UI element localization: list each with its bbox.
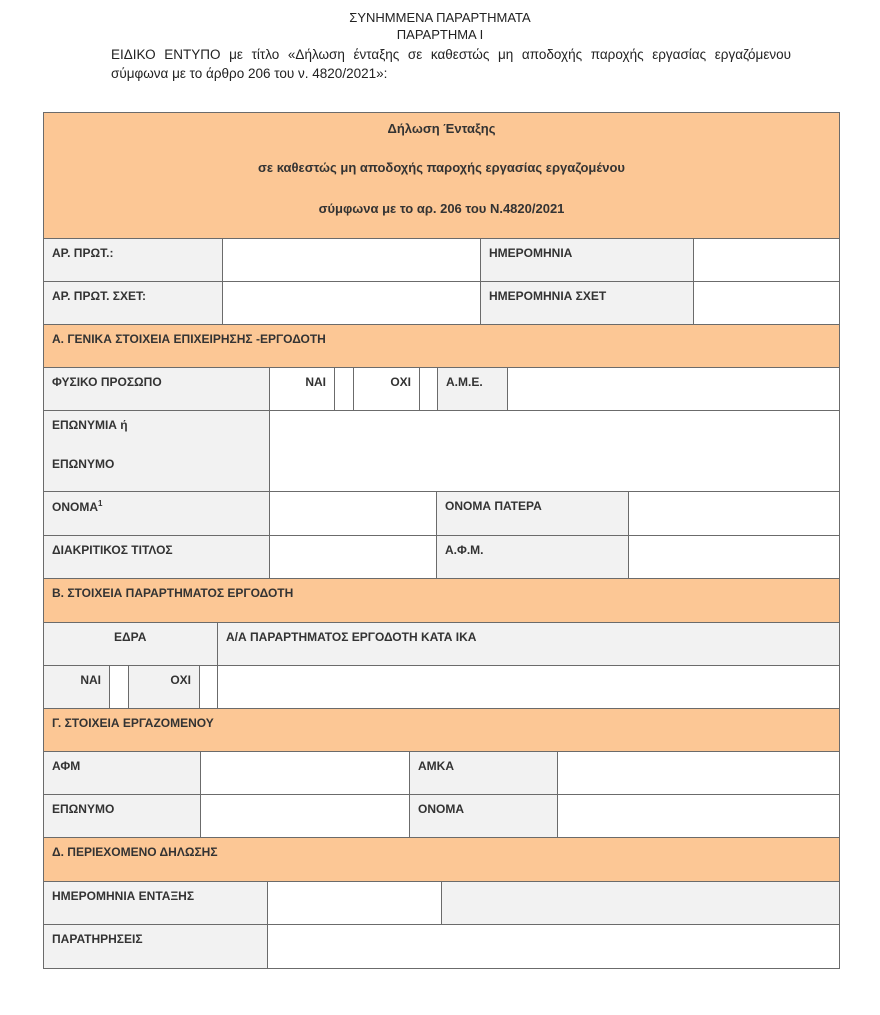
form-title-line-3: σύμφωνα με το αρ. 206 του Ν.4820/2021 <box>44 201 839 216</box>
branch-no-label-cell: Α/Α ΠΑΡΑΡΤΗΜΑΤΟΣ ΕΡΓΟΔΟΤΗ ΚΑΤΑ ΙΚΑ <box>217 622 840 666</box>
seat-label: ΕΔΡΑ <box>114 630 146 644</box>
join-date-empty-cell <box>441 881 840 925</box>
footnote-marker: 1 <box>98 499 102 508</box>
father-name-field[interactable] <box>628 491 840 536</box>
natural-person-no-checkbox[interactable] <box>419 367 438 411</box>
remarks-label: ΠΑΡΑΤΗΡΗΣΕΙΣ <box>52 932 143 946</box>
natural-person-label: ΦΥΣΙΚΟ ΠΡΟΣΩΠΟ <box>52 375 162 389</box>
section-c-title: Γ. ΣΤΟΙΧΕΙΑ ΕΡΓΑΖΟΜΕΝΟΥ <box>52 716 214 730</box>
company-name-label-cell: ΕΠΩΝΥΜΙΑ ή ΕΠΩΝΥΜΟ <box>43 410 270 492</box>
employee-name-label: ΟΝΟΜΑ <box>418 802 464 816</box>
trade-name-label-cell: ΔΙΑΚΡΙΤΙΚΟΣ ΤΙΤΛΟΣ <box>43 535 270 579</box>
header-title: ΣΥΝΗΜΜΕΝΑ ΠΑΡΑΡΤΗΜΑΤΑ <box>0 10 880 25</box>
branch-no-label: Α/Α ΠΑΡΑΡΤΗΜΑΤΟΣ ΕΡΓΟΔΟΤΗ ΚΑΤΑ ΙΚΑ <box>226 630 476 644</box>
afm-label-cell: Α.Φ.Μ. <box>436 535 629 579</box>
seat-no-cell: ΟΧΙ <box>128 665 200 709</box>
date-sxet-field[interactable] <box>693 281 840 325</box>
first-name-label: ΟΝΟΜΑ1 <box>52 499 102 514</box>
natural-person-yes-checkbox[interactable] <box>334 367 354 411</box>
employee-surname-label-cell: ΕΠΩΝΥΜΟ <box>43 794 201 838</box>
ame-label-cell: Α.Μ.Ε. <box>437 367 508 411</box>
ame-label: Α.Μ.Ε. <box>446 375 483 389</box>
section-d-title: Δ. ΠΕΡΙΕΧΟΜΕΝΟ ΔΗΛΩΣΗΣ <box>52 845 218 859</box>
employee-surname-field[interactable] <box>200 794 410 838</box>
amka-label: ΑΜΚΑ <box>418 759 454 773</box>
first-name-label-cell: ΟΝΟΜΑ1 <box>43 491 270 536</box>
father-name-label: ΟΝΟΜΑ ΠΑΤΕΡΑ <box>445 499 542 513</box>
seat-no-checkbox[interactable] <box>199 665 218 709</box>
company-name-label-line1: ΕΠΩΝΥΜΙΑ ή <box>52 418 128 432</box>
section-c-header: Γ. ΣΤΟΙΧΕΙΑ ΕΡΓΑΖΟΜΕΝΟΥ <box>43 708 840 752</box>
branch-no-field[interactable] <box>217 665 840 709</box>
join-date-label: ΗΜΕΡΟΜΗΝΙΑ ΕΝΤΑΞΗΣ <box>52 889 194 903</box>
employee-afm-field[interactable] <box>200 751 410 795</box>
join-date-label-cell: ΗΜΕΡΟΜΗΝΙΑ ΕΝΤΑΞΗΣ <box>43 881 268 925</box>
section-b-title: Β. ΣΤΟΙΧΕΙΑ ΠΑΡΑΡΤΗΜΑΤΟΣ ΕΡΓΟΔΟΤΗ <box>52 586 293 600</box>
employee-surname-label: ΕΠΩΝΥΜΟ <box>52 802 114 816</box>
form-title-line-2: σε καθεστώς μη αποδοχής παροχής εργασίας… <box>44 160 839 175</box>
natural-person-yes-cell: ΝΑΙ <box>269 367 335 411</box>
remarks-field[interactable] <box>267 924 840 969</box>
natural-person-no-label: ΟΧΙ <box>390 375 411 389</box>
date-field[interactable] <box>693 238 840 282</box>
seat-yes-checkbox[interactable] <box>109 665 129 709</box>
seat-yes-cell: ΝΑΙ <box>43 665 110 709</box>
section-b-header: Β. ΣΤΟΙΧΕΙΑ ΠΑΡΑΡΤΗΜΑΤΟΣ ΕΡΓΟΔΟΤΗ <box>43 578 840 623</box>
date-sxet-label: ΗΜΕΡΟΜΗΝΙΑ ΣΧΕΤ <box>489 289 606 303</box>
company-name-field[interactable] <box>269 410 840 492</box>
join-date-field[interactable] <box>267 881 442 925</box>
intro-text: ΕΙΔΙΚΟ ΕΝΤΥΠΟ με τίτλο «Δήλωση ένταξης σ… <box>111 45 791 83</box>
natural-person-yes-label: ΝΑΙ <box>305 375 326 389</box>
father-name-label-cell: ΟΝΟΜΑ ΠΑΤΕΡΑ <box>436 491 629 536</box>
seat-no-label: ΟΧΙ <box>170 673 191 687</box>
date-label: ΗΜΕΡΟΜΗΝΙΑ <box>489 246 572 260</box>
section-a-title: Α. ΓΕΝΙΚΑ ΣΤΟΙΧΕΙΑ ΕΠΙΧΕΙΡΗΣΗΣ -ΕΡΓΟΔΟΤΗ <box>52 332 326 346</box>
afm-field[interactable] <box>628 535 840 579</box>
employee-name-label-cell: ΟΝΟΜΑ <box>409 794 558 838</box>
first-name-field[interactable] <box>269 491 437 536</box>
ar-prot-sxet-field[interactable] <box>222 281 481 325</box>
ar-prot-label-cell: ΑΡ. ΠΡΩΤ.: <box>43 238 223 282</box>
ar-prot-label: ΑΡ. ΠΡΩΤ.: <box>52 246 113 260</box>
seat-label-cell: ΕΔΡΑ <box>43 622 218 666</box>
employee-afm-label: ΑΦΜ <box>52 759 80 773</box>
natural-person-no-cell: ΟΧΙ <box>353 367 420 411</box>
natural-person-label-cell: ΦΥΣΙΚΟ ΠΡΟΣΩΠΟ <box>43 367 270 411</box>
ar-prot-field[interactable] <box>222 238 481 282</box>
section-a-header: Α. ΓΕΝΙΚΑ ΣΤΟΙΧΕΙΑ ΕΠΙΧΕΙΡΗΣΗΣ -ΕΡΓΟΔΟΤΗ <box>43 324 840 368</box>
date-label-cell: ΗΜΕΡΟΜΗΝΙΑ <box>480 238 694 282</box>
ar-prot-sxet-label: ΑΡ. ΠΡΩΤ. ΣΧΕΤ: <box>52 289 146 303</box>
form-title-block: Δήλωση Ένταξης σε καθεστώς μη αποδοχής π… <box>43 112 840 239</box>
form-title-line-1: Δήλωση Ένταξης <box>44 121 839 136</box>
employee-name-field[interactable] <box>557 794 840 838</box>
employee-afm-label-cell: ΑΦΜ <box>43 751 201 795</box>
ame-field[interactable] <box>507 367 840 411</box>
section-d-header: Δ. ΠΕΡΙΕΧΟΜΕΝΟ ΔΗΛΩΣΗΣ <box>43 837 840 882</box>
afm-label: Α.Φ.Μ. <box>445 543 484 557</box>
company-name-label-line2: ΕΠΩΝΥΜΟ <box>52 457 114 471</box>
amka-label-cell: ΑΜΚΑ <box>409 751 558 795</box>
amka-field[interactable] <box>557 751 840 795</box>
seat-yes-label: ΝΑΙ <box>80 673 101 687</box>
ar-prot-sxet-label-cell: ΑΡ. ΠΡΩΤ. ΣΧΕΤ: <box>43 281 223 325</box>
header-subtitle: ΠΑΡΑΡΤΗΜΑ Ι <box>0 27 880 42</box>
trade-name-field[interactable] <box>269 535 437 579</box>
remarks-label-cell: ΠΑΡΑΤΗΡΗΣΕΙΣ <box>43 924 268 969</box>
date-sxet-label-cell: ΗΜΕΡΟΜΗΝΙΑ ΣΧΕΤ <box>480 281 694 325</box>
trade-name-label: ΔΙΑΚΡΙΤΙΚΟΣ ΤΙΤΛΟΣ <box>52 543 173 557</box>
